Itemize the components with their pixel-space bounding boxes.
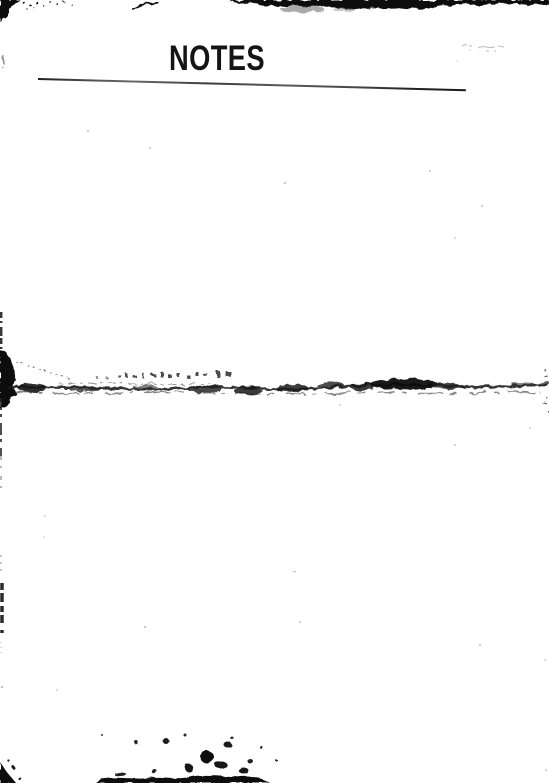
fold-crease-smudge: [0, 350, 549, 411]
paper-specks: [43, 130, 547, 771]
scan-artifact-top-edge: [132, 0, 549, 13]
scanned-notes-page: NOTES: [0, 0, 549, 783]
scan-artifact-top-left-corner: [0, 0, 72, 68]
scan-artifact-bottom-smudges: [96, 734, 277, 783]
pencil-marks-top-right: [456, 44, 504, 62]
scan-artifacts-layer: [0, 0, 549, 783]
scan-artifact-bottom-left-corner: [0, 759, 22, 783]
